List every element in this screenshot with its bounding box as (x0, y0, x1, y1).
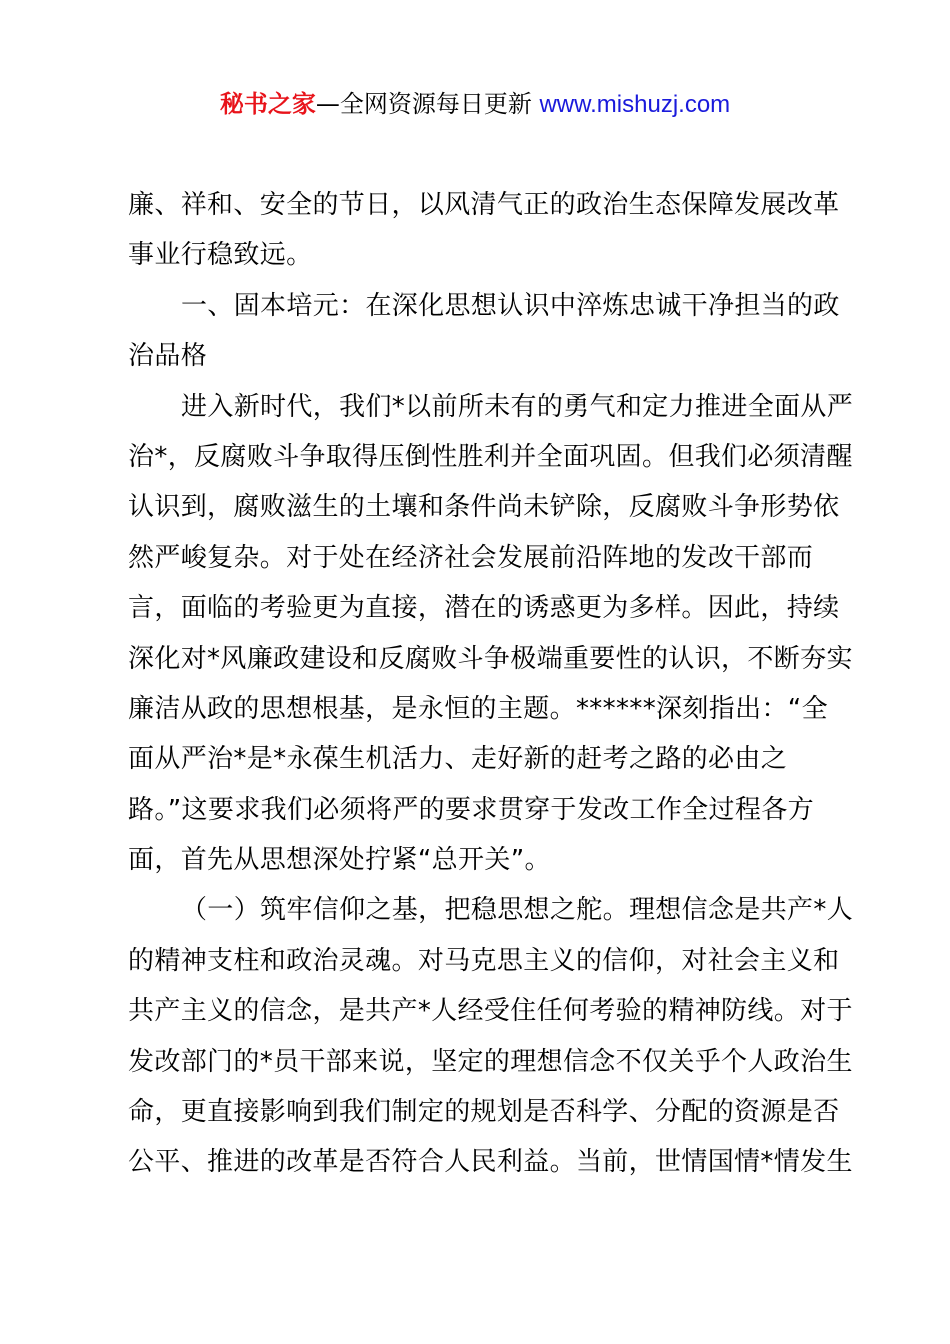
text-line: 廉洁从政的思想根基，是永恒的主题。******深刻指出：“全 (128, 684, 832, 734)
page-header: 秘书之家—全网资源每日更新 www.mishuzj.com (0, 86, 950, 123)
text-line: 命，更直接影响到我们制定的规划是否科学、分配的资源是否 (128, 1087, 832, 1137)
site-tagline: —全网资源每日更新 (316, 90, 540, 118)
text-line: 的精神支柱和政治灵魂。对马克思主义的信仰，对社会主义和 (128, 936, 832, 986)
section-heading-continued: 治品格 (128, 331, 832, 381)
text-line: 发改部门的*员干部来说，坚定的理想信念不仅关乎个人政治生 (128, 1037, 832, 1087)
text-line: 路。”这要求我们必须将严的要求贯穿于发改工作全过程各方 (128, 785, 832, 835)
paragraph-start: 进入新时代，我们*以前所未有的勇气和定力推进全面从严 (128, 382, 832, 432)
text-line: 言，面临的考验更为直接，潜在的诱惑更为多样。因此，持续 (128, 583, 832, 633)
section-heading: 一、固本培元：在深化思想认识中淬炼忠诚干净担当的政 (128, 281, 832, 331)
text-line: 公平、推进的改革是否符合人民利益。当前，世情国情*情发生 (128, 1137, 832, 1187)
text-line: 廉、祥和、安全的节日，以风清气正的政治生态保障发展改革 (128, 180, 832, 230)
site-url-link[interactable]: www.mishuzj.com (539, 91, 730, 118)
text-line: 面从严治*是*永葆生机活力、走好新的赶考之路的必由之 (128, 734, 832, 784)
text-line: 共产主义的信念，是共产*人经受住任何考验的精神防线。对于 (128, 986, 832, 1036)
text-line: 面，首先从思想深处拧紧“总开关”。 (128, 835, 832, 885)
site-brand: 秘书之家 (220, 90, 316, 118)
text-line: 事业行稳致远。 (128, 230, 832, 280)
text-line: 深化对*风廉政建设和反腐败斗争极端重要性的认识，不断夯实 (128, 634, 832, 684)
text-line: 然严峻复杂。对于处在经济社会发展前沿阵地的发改干部而 (128, 533, 832, 583)
text-line: 治*，反腐败斗争取得压倒性胜利并全面巩固。但我们必须清醒 (128, 432, 832, 482)
document-body: 廉、祥和、安全的节日，以风清气正的政治生态保障发展改革 事业行稳致远。 一、固本… (128, 180, 832, 1188)
subsection-start: （一）筑牢信仰之基，把稳思想之舵。理想信念是共产*人 (128, 885, 832, 935)
text-line: 认识到，腐败滋生的土壤和条件尚未铲除，反腐败斗争形势依 (128, 482, 832, 532)
